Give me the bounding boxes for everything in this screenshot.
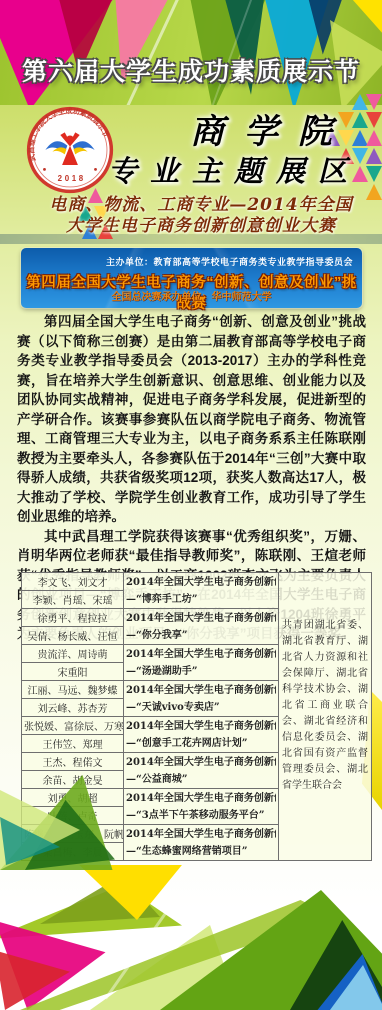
footer-decor (0, 865, 382, 1010)
project-title: —“创意手工花卉网店计划” (126, 735, 276, 752)
award-title: 2014年全国大学生电子商务创新创意创业大赛一等奖 (126, 610, 276, 627)
zone-title: 专业主题展区 (96, 149, 372, 190)
co-organizers-cell: 共青团湖北省委、湖北省教育厅、湖北省人力资源和社会保障厅、湖北省科学技术协会、湖… (279, 573, 372, 861)
team-cell: 王伟笠、郑理 (22, 735, 124, 753)
award-title: 2014年全国大学生电子商务创新创意创业大赛二等奖 (126, 646, 276, 663)
team-cell: 张悦媛、富徐辰、万寒雪 (22, 717, 124, 735)
finals-host-line: 全国总决赛承办单位：华中师范大学 (21, 288, 362, 303)
team-cell: 余苗、胡金旻 (22, 771, 124, 789)
award-title: 2014年全国大学生电子商务创新创意创业大赛三等奖 (126, 826, 276, 843)
project-title: —“汤逊湖助手” (126, 663, 276, 680)
project-title: —“你分我享” (126, 627, 276, 644)
team-cell: 刘云峰、苏杏芳 (22, 699, 124, 717)
award-cell: 2014年全国大学生电子商务创新创意创业大赛二等奖 —“汤逊湖助手” (124, 645, 279, 681)
project-title: —“公益商城” (126, 771, 276, 788)
table-row: 李文飞、刘文才 2014年全国大学生电子商务创新创意创业大赛特等奖 —“博弈手工… (22, 573, 372, 591)
team-cell: 徐勇平、程拉拉 (22, 609, 124, 627)
subtitle: 电商、物流、工商专业—2014年全国 大学生电子商务创新创意创业大赛 (36, 195, 366, 237)
emblem-year: 2018 (58, 174, 86, 183)
award-title: 2014年全国大学生电子商务创新创意创业大赛二等奖 (126, 718, 276, 735)
award-title: 2014年全国大学生电子商务创新创意创业大赛三等奖 (126, 754, 276, 771)
team-cell: 李颖、肖瑶、宋瑶 (22, 591, 124, 609)
award-title: 2014年全国大学生电子商务创新创意创业大赛二等奖 (126, 682, 276, 699)
host-banner: 主办单位：教育部高等学校电子商务类专业教学指导委员会 第四届全国大学生电子商务“… (21, 248, 362, 308)
team-cell: 江丽、马远、魏梦蝶 (22, 681, 124, 699)
project-title: —“生态蜂蜜网络营销项目” (126, 843, 276, 860)
award-cell: 2014年全国大学生电子商务创新创意创业大赛一等奖 —“你分我享” (124, 609, 279, 645)
team-cell: 王杰、程偌文 (22, 753, 124, 771)
award-cell: 2014年全国大学生电子商务创新创意创业大赛三等奖 —“公益商城” (124, 753, 279, 789)
team-cell: 宋重阳 (22, 663, 124, 681)
subtitle-line-1: 电商、物流、工商专业—2014年全国 (36, 195, 366, 216)
award-cell: 2014年全国大学生电子商务创新创意创业大赛特等奖 —“博弈手工坊” (124, 573, 279, 609)
team-cell: 吴倩、杨长威、汪恒 (22, 627, 124, 645)
team-cell: 贵流洋、周诗萌 (22, 645, 124, 663)
project-title: —“3点半下午茶移动服务平台” (126, 807, 276, 824)
project-title: —“天诚vivo专卖店” (126, 699, 276, 716)
award-cell: 2014年全国大学生电子商务创新创意创业大赛三等奖 —“生态蜂蜜网络营销项目” (124, 825, 279, 861)
team-cell: 李文飞、刘文才 (22, 573, 124, 591)
subtitle-line-2: 大学生电子商务创新创意创业大赛 (36, 216, 366, 237)
intro-paragraph-1: 第四届全国大学生电子商务“创新、创意及创业”挑战赛（以下简称三创赛）是由第二届教… (17, 312, 366, 527)
award-title: 2014年全国大学生电子商务创新创意创业大赛三等奖 (126, 790, 276, 807)
award-title: 2014年全国大学生电子商务创新创意创业大赛特等奖 (126, 574, 276, 591)
festival-title: 第六届大学生成功素质展示节 (0, 52, 382, 88)
organizer-line: 主办单位：教育部高等学校电子商务类专业教学指导委员会 (106, 255, 353, 268)
project-title: —“博弈手工坊” (126, 591, 276, 608)
award-cell: 2014年全国大学生电子商务创新创意创业大赛二等奖 —“创意手工花卉网店计划” (124, 717, 279, 753)
co-organizers-text: 共青团湖北省委、湖北省教育厅、湖北省人力资源和社会保障厅、湖北省科学技术协会、湖… (282, 618, 368, 794)
award-cell: 2014年全国大学生电子商务创新创意创业大赛二等奖 —“天诚vivo专卖店” (124, 681, 279, 717)
award-cell: 2014年全国大学生电子商务创新创意创业大赛三等奖 —“3点半下午茶移动服务平台… (124, 789, 279, 825)
college-name: 商学院 (168, 104, 374, 153)
